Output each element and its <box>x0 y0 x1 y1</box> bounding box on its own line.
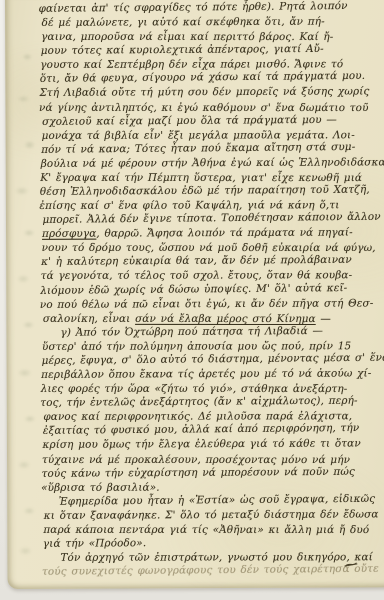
manuscript-line: περιβάλλον ὅπου ἔκανα τίς ἀρετές μου μέ … <box>41 366 384 382</box>
text-segment: σχολειοῦ καί εἶχα μαζί μου ὅλα τά πράγμα… <box>42 113 337 127</box>
text-segment: κ' ἡ καλύτερη εὐκαιρία θά ταν, ἄν δέν μέ… <box>41 254 352 268</box>
manuscript-line: φαίνεται ἀπ' τίς σφραγίδες τό πότε ἦρθε)… <box>38 0 384 16</box>
manuscript-line: κι ὅταν ξαναφάνηκε. Σ' ὅλο τό μεταξύ διά… <box>44 507 384 523</box>
end-flourish-icon: ⁓ <box>344 559 359 571</box>
text-segment: κρίση μου ὅμως τήν ἔλεγα ἐλεύθερα γιά τό… <box>42 438 360 451</box>
text-segment: μπορεῖ. Ἀλλά δέν ἔγινε τίποτα. Τοποθέτησ… <box>42 211 380 226</box>
text-segment: Ἐφημερίδα μου ἦταν ἡ «Ἑστία» ὡς σοῦ ἔγρα… <box>59 492 376 507</box>
manuscript-line: λιόμουν ἐδῶ χωρίς νά δώσω ὑποψίες. Μ' ὅλ… <box>40 280 384 297</box>
text-segment: τύχαινε νά μέ προκαλέσουν, προσέχοντας μ… <box>42 453 350 465</box>
manuscript-line: θέση Ἑλληνοδιδασκάλου ἐδῶ μέ τήν παραίτη… <box>40 182 384 198</box>
manuscript-line: τούς συνεχιστές φωνογράφους του δέν τούς… <box>42 562 384 579</box>
manuscript-line: δέ μέ μαλώνετε, γι αὐτό καί σκέφθηκα ὅτι… <box>42 14 384 30</box>
manuscript-line: κρίση μου ὅμως τήν ἔλεγα ἐλεύθερα γιά τό… <box>42 437 384 453</box>
text-segment: μουν τότες καί κυριολεχτικά ἀπένταρος, γ… <box>41 43 324 57</box>
manuscript-line: μπορεῖ. Ἀλλά δέν ἔγινε τίποτα. Τοποθέτησ… <box>42 210 384 227</box>
text-segment: Στή Λιβαδιά οὔτε τή μύτη σου δέν μπορεῖς… <box>39 86 369 99</box>
text-segment: θέση Ἑλληνοδιδασκάλου ἐδῶ μέ τήν παραίτη… <box>40 184 370 198</box>
text-segment: νο πού θέλω νά πῶ εἶναι ὅτι ἐγώ, κι ἄν δ… <box>40 297 374 310</box>
text-segment: κι ὅταν ξαναφάνηκε. Σ' ὅλο τό μεταξύ διά… <box>44 508 379 521</box>
text-segment: γιά τήν «Πρόοδο». <box>43 537 146 550</box>
manuscript-line: Στή Λιβαδιά οὔτε τή μύτη σου δέν μπορεῖς… <box>39 85 384 101</box>
text-segment: σαλονίκη, εἶναι <box>43 313 135 325</box>
text-segment: τούς κάνω τήν εὐχαρίστηση νά μπορέσουν ν… <box>42 465 355 479</box>
text-segment: φαίνεται ἀπ' τίς σφραγίδες τό πότε ἦρθε)… <box>39 0 348 15</box>
manuscript-line: βούλια νά μέ φέρουν στήν Ἀθήνα ἐγώ καί ὡ… <box>41 155 384 171</box>
manuscript-line: γ) Ἀπό τόν Ὀχτώβρη πού πάτησα τή Λιβαδιά… <box>42 323 384 339</box>
manuscript-line: πόν τί νά κανα; Τότες ἦταν πού ἔκαμα αἴτ… <box>41 139 384 156</box>
text-segment: ὅτι, ἄν θά φευγα, σίγουρο νά χάσω καί τά… <box>40 70 365 85</box>
manuscript-line: πρόσφυγα, θαρρῶ. Ἄφησα λοιπόν τά πράματα… <box>42 226 384 242</box>
manuscript-line: γιά τήν «Πρόοδο». <box>43 534 384 550</box>
manuscript-line: ὅτι, ἄν θά φευγα, σίγουρο νά χάσω καί τά… <box>40 69 384 86</box>
manuscript-lines: φαίνεται ἀπ' τίς σφραγίδες τό πότε ἦρθε)… <box>40 0 384 579</box>
manuscript-line: τος, τήν ἐντελῶς ἀνεξάρτητος (ἄν κ' αἰχμ… <box>40 394 384 410</box>
scanned-page: φαίνεται ἀπ' τίς σφραγίδες τό πότε ἦρθε)… <box>0 0 384 600</box>
manuscript-line: μέρες, ἔφυγα, σ' ὅλο αὐτό τό διάστημα, μ… <box>42 351 384 368</box>
text-segment: νά γίνης ἀντιληπτός, κι ἐγώ καθόμουν σ' … <box>39 101 369 113</box>
manuscript-line: τούς κάνω τήν εὐχαρίστηση νά μπορέσουν ν… <box>42 464 384 480</box>
text-segment: βούλια νά μέ φέρουν στήν Ἀθήνα ἐγώ καί ὡ… <box>41 156 384 170</box>
paper-sheet: φαίνεται ἀπ' τίς σφραγίδες τό πότε ἦρθε)… <box>5 0 384 589</box>
text-segment: μέρες, ἔφυγα, σ' ὅλο αὐτό τό διάστημα, μ… <box>42 352 384 367</box>
text-segment: δέ μέ μαλώνετε, γι αὐτό καί σκέφθηκα ὅτι… <box>42 16 325 29</box>
manuscript-line: κ' ἡ καλύτερη εὐκαιρία θά ταν, ἄν δέν μέ… <box>41 253 384 269</box>
underlined-phrase: πρόσφυγα <box>42 228 96 240</box>
manuscript-line: μουν τότες καί κυριολεχτικά ἀπένταρος, γ… <box>41 42 384 58</box>
text-segment: τούς συνεχιστές φωνογράφους του δέν τούς… <box>42 563 379 578</box>
text-segment: ἐξαιτίας τό φυσικό μου, ἀλλά καί ἀπό περ… <box>43 422 359 437</box>
text-segment: τος, τήν ἐντελῶς ἀνεξάρτητος (ἄν κ' αἰχμ… <box>40 395 357 409</box>
text-segment: περιβάλλον ὅπου ἔκανα τίς ἀρετές μου μέ … <box>41 367 371 380</box>
text-segment: πόν τί νά κανα; Τότες ἦταν πού ἔκαμα αἴτ… <box>41 141 355 156</box>
manuscript-line: Ἐφημερίδα μου ἦταν ἡ «Ἑστία» ὡς σοῦ ἔγρα… <box>41 491 384 508</box>
text-segment: , θαρρῶ. Ἄφησα λοιπόν τά πράματα νά πηγα… <box>96 227 352 240</box>
text-segment: «ὕβρισα τό βασιλιά». <box>41 481 160 493</box>
text-segment: γ) Ἀπό τόν Ὀχτώβρη πού πάτησα τή Λιβαδιά… <box>60 325 323 339</box>
text-segment: λιόμουν ἐδῶ χωρίς νά δώσω ὑποψίες. Μ' ὅλ… <box>40 282 347 297</box>
manuscript-line: νο πού θέλω νά πῶ εἶναι ὅτι ἐγώ, κι ἄν δ… <box>40 296 384 312</box>
manuscript-line: ἐξαιτίας τό φυσικό μου, ἀλλά καί ἀπό περ… <box>43 421 384 438</box>
manuscript-line: σχολειοῦ καί εἶχα μαζί μου ὅλα τά πράγμα… <box>42 112 384 128</box>
underlined-phrase: σάν νά ἔλαβα μέρος στό Κίνημα <box>135 313 316 325</box>
